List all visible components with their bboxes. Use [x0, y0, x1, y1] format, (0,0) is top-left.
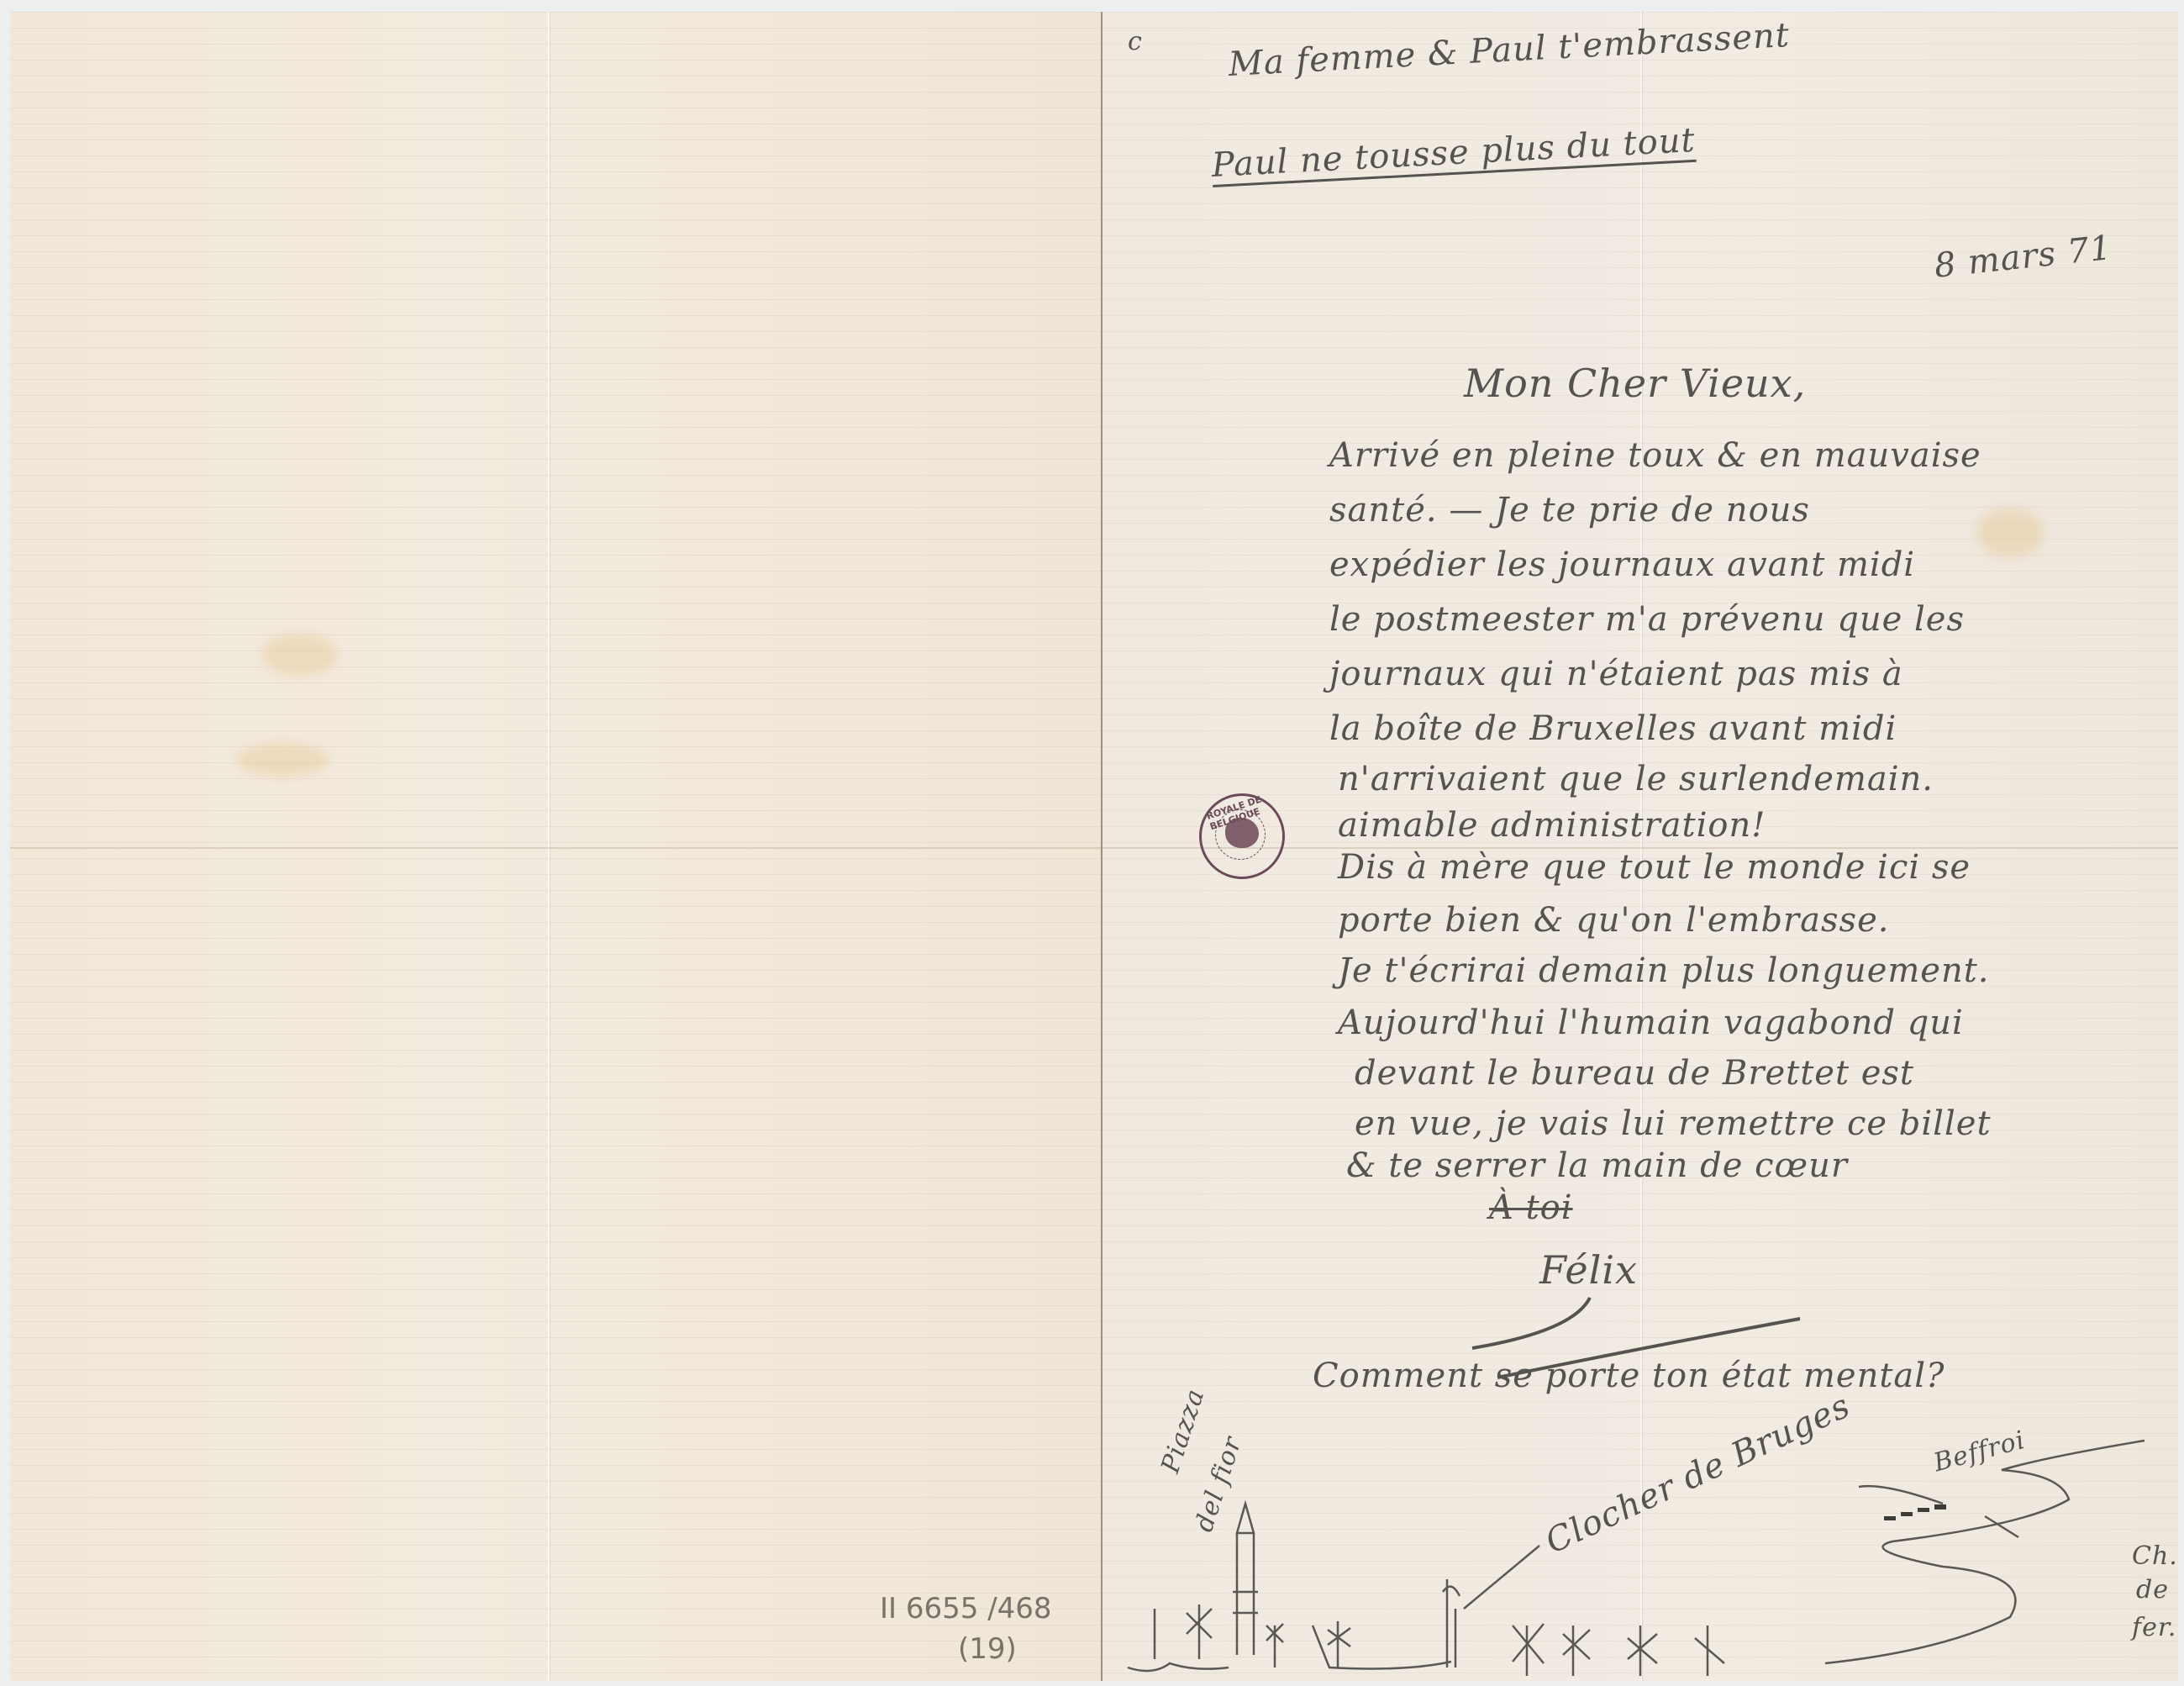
- archive-reference: II 6655 /468: [880, 1592, 1052, 1625]
- sketch-bruges-skyline: [1103, 1424, 2178, 1681]
- sketch-label-de: de: [2136, 1575, 2169, 1604]
- body-line: journaux qui n'étaient pas mis à: [1329, 655, 1903, 693]
- body-line: expédier les journaux avant midi: [1329, 545, 1915, 584]
- corner-mark: c: [1128, 27, 1143, 56]
- signature: Félix: [1539, 1247, 1638, 1293]
- body-line: santé. — Je te prie de nous: [1329, 491, 1810, 530]
- closing-struck: À toi: [1489, 1188, 1573, 1227]
- body-line: devant le bureau de Brettet est: [1355, 1054, 1914, 1093]
- library-stamp: ROYALE DE BELGIQUE: [1199, 793, 1285, 879]
- foxing-stain: [237, 743, 329, 777]
- body-line: Arrivé en pleine toux & en mauvaise: [1329, 436, 1981, 475]
- archive-item-number: (19): [958, 1632, 1017, 1666]
- sketch-label-fer: fer.: [2132, 1613, 2176, 1642]
- foxing-stain: [1976, 508, 2044, 558]
- body-line: aimable administration!: [1338, 806, 1766, 845]
- body-line: n'arrivaient que le surlendemain.: [1338, 760, 1934, 798]
- body-line: porte bien & qu'on l'embrasse.: [1338, 901, 1889, 940]
- body-line: Je t'écrirai demain plus longuement.: [1338, 951, 1990, 990]
- body-line: en vue, je vais lui remettre ce billet: [1355, 1104, 1992, 1143]
- foxing-stain: [262, 634, 338, 676]
- horizontal-fold: [10, 847, 1103, 849]
- body-line: & te serrer la main de cœur: [1346, 1146, 1848, 1185]
- left-page: II 6655 /468 (19): [10, 12, 1103, 1681]
- sketch-label-ch: Ch.: [2132, 1541, 2178, 1571]
- salutation: Mon Cher Vieux,: [1464, 361, 1806, 406]
- vertical-fold: [548, 12, 550, 1681]
- question-strike: [1489, 1315, 1808, 1382]
- body-line: le postmeester m'a prévenu que les: [1329, 600, 1965, 639]
- body-line: Dis à mère que tout le monde ici se: [1338, 848, 1971, 887]
- body-line: Aujourd'hui l'humain vagabond qui: [1338, 1004, 1964, 1042]
- letter-sheet: II 6655 /468 (19) c Ma femme & Paul t'em…: [10, 12, 2178, 1681]
- body-line: la boîte de Bruxelles avant midi: [1329, 709, 1897, 748]
